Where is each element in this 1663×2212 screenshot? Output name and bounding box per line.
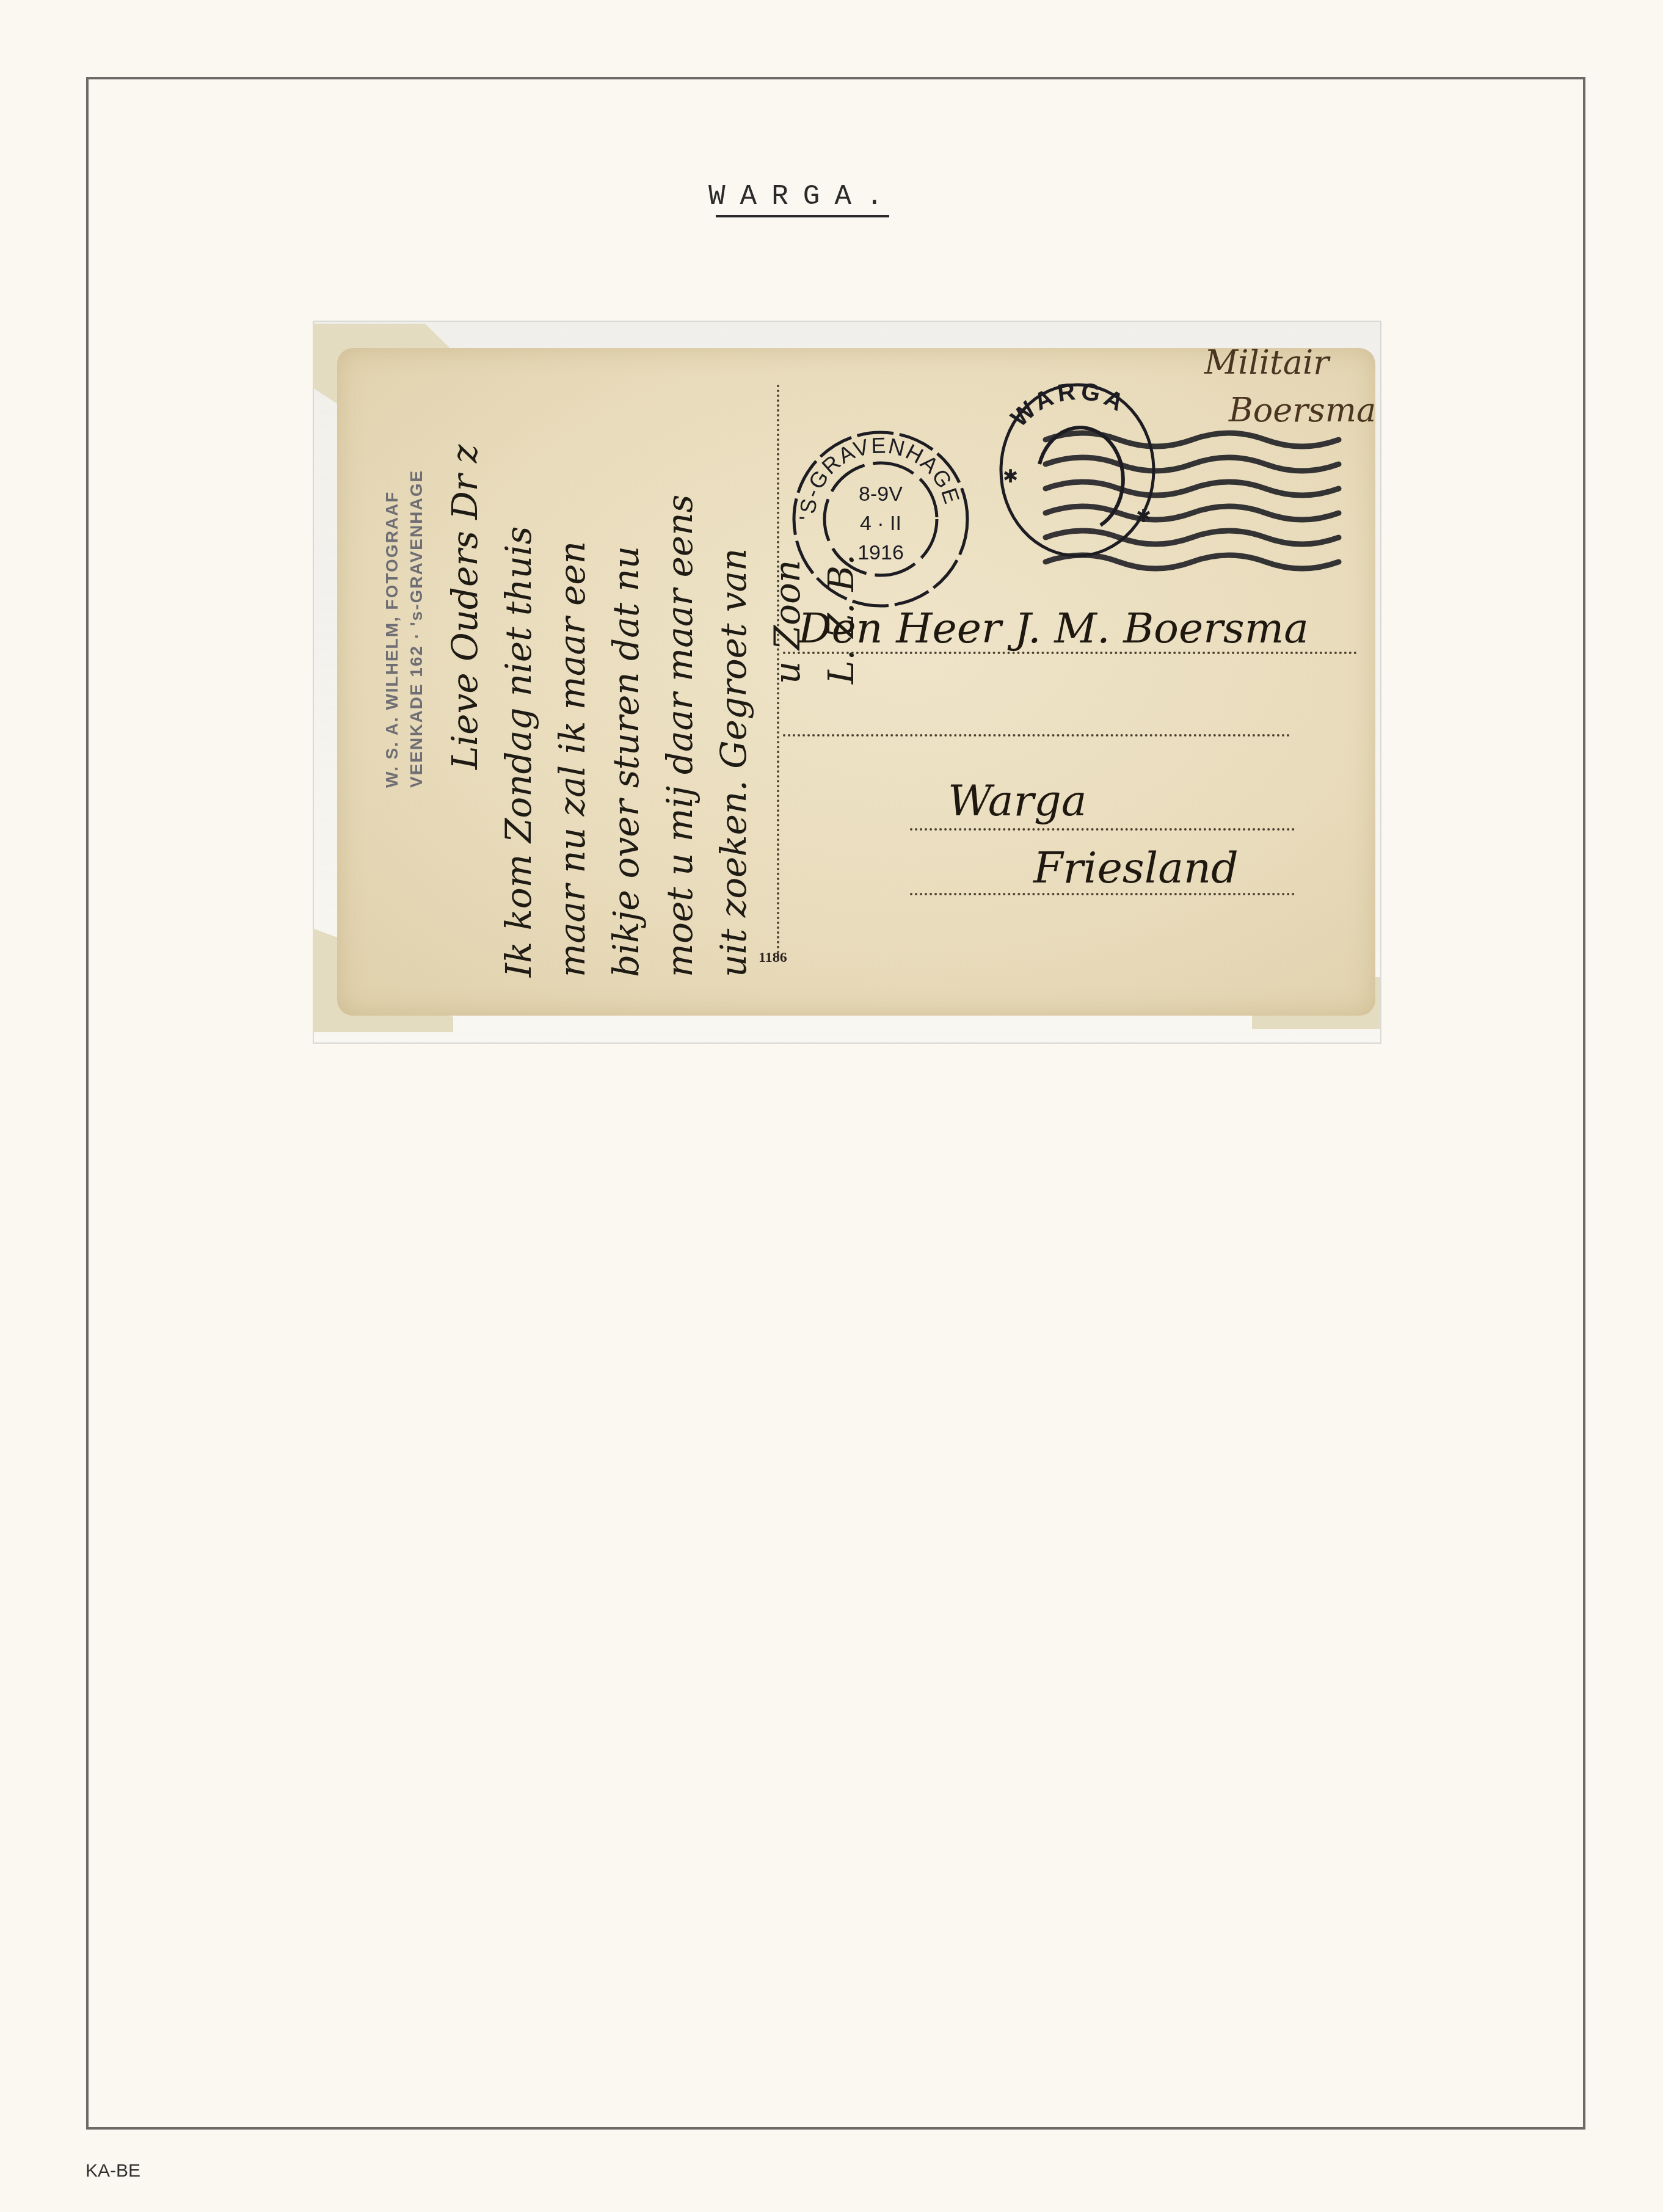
message-line: bikje over sturen dat nu (599, 495, 653, 977)
message-line: Ik kom Zondag niet thuis (492, 495, 545, 977)
message-salutation: Lieve Ouders Dr z (438, 287, 492, 769)
pencil-note-line-2: Boersma (1229, 391, 1376, 429)
message-line: maar nu zal ik maar een (545, 495, 599, 977)
printer-imprint: W. S. A. WILHELM, FOTOGRAAF VEENKADE 162… (380, 470, 429, 788)
imprint-line-1: W. S. A. WILHELM, FOTOGRAAF (380, 470, 404, 788)
postmark-date: 4 · II (860, 512, 901, 535)
address-dotted-line (910, 828, 1295, 831)
address-line-1: Den Heer J. M. Boersma (798, 605, 1309, 653)
svg-text:'S-GRAVENHAGE: 'S-GRAVENHAGE (795, 432, 965, 520)
address-line-4: Friesland (1033, 843, 1239, 893)
postmark-year: 1916 (857, 541, 904, 564)
address-dotted-line (783, 734, 1290, 737)
footer-code: KA-BE (86, 2161, 140, 2181)
pencil-note-line-1: Militair (1204, 343, 1329, 382)
address-dotted-line (910, 893, 1295, 895)
postmark-town: 'S-GRAVENHAGE (795, 432, 965, 520)
message-line: moet u mij daar maar eens (653, 495, 707, 977)
svg-text:WARGA: WARGA (1006, 377, 1132, 432)
address-dotted-line (783, 652, 1357, 654)
message-line: uit zoeken. Gegroet van (707, 495, 760, 977)
postmark-time: 8-9V (859, 482, 903, 506)
sgravenhage-postmark-icon: 'S-GRAVENHAGE 8-9V 4 · II 1916 (789, 427, 972, 611)
imprint-line-2: VEENKADE 162 · 's-GRAVENHAGE (404, 470, 429, 788)
postcard: W. S. A. WILHELM, FOTOGRAAF VEENKADE 162… (337, 348, 1375, 1016)
card-number: 1186 (759, 950, 787, 966)
postmark-town: WARGA (1006, 377, 1132, 432)
svg-text:✱: ✱ (1003, 466, 1018, 487)
address-line-3: Warga (948, 776, 1087, 826)
